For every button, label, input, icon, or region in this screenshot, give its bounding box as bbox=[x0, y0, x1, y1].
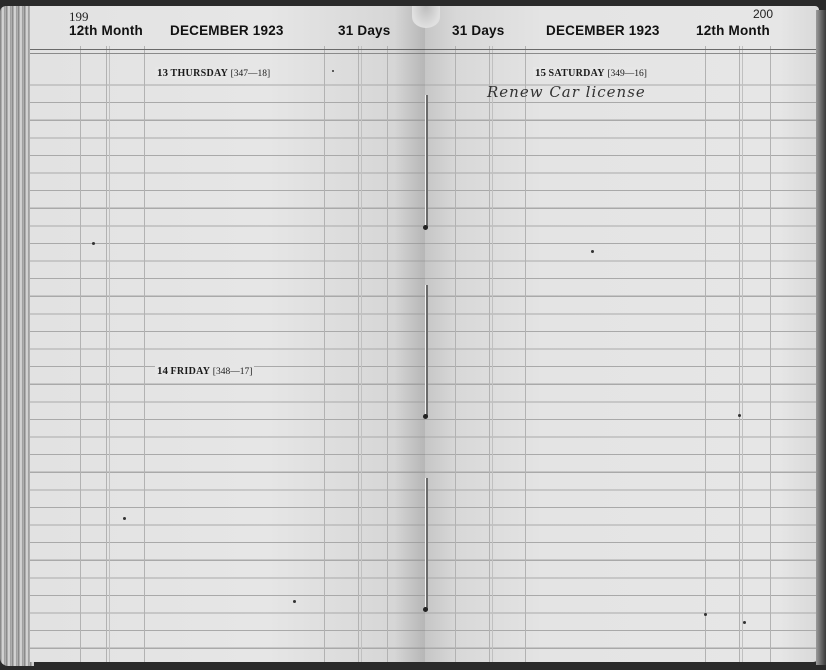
header-rule bbox=[425, 53, 819, 54]
column-rule bbox=[455, 46, 456, 662]
day-heading-saturday: 15 SATURDAY [349—16] bbox=[533, 67, 649, 79]
month-year: DECEMBER 1923 bbox=[546, 23, 660, 38]
days-count: 31 Days bbox=[338, 23, 390, 38]
binding-stitch bbox=[425, 285, 428, 417]
column-rule bbox=[144, 46, 145, 662]
column-rule bbox=[705, 46, 706, 662]
day-heading-friday: 14 FRIDAY [348—17] bbox=[155, 365, 254, 377]
page-header: 199 12th Month DECEMBER 1923 31 Days bbox=[30, 6, 425, 50]
paper-speck bbox=[738, 414, 741, 417]
gutter-shadow bbox=[395, 6, 425, 662]
binding-stitch bbox=[425, 95, 428, 227]
column-rule bbox=[387, 46, 388, 662]
header-rule bbox=[30, 53, 425, 54]
page-header: 200 31 Days DECEMBER 1923 12th Month bbox=[425, 6, 819, 50]
stitch-hole bbox=[423, 607, 428, 612]
stitch-hole bbox=[423, 414, 428, 419]
left-page: 199 12th Month DECEMBER 1923 31 Days 13 … bbox=[30, 6, 425, 662]
handwritten-note: Renew Car license bbox=[487, 83, 646, 101]
paper-speck bbox=[743, 621, 746, 624]
binding-stitch bbox=[425, 478, 428, 610]
column-rule bbox=[80, 46, 81, 662]
paper-speck bbox=[591, 250, 594, 253]
column-rule bbox=[489, 46, 490, 662]
paper-speck bbox=[92, 242, 95, 245]
month-label: 12th Month bbox=[696, 23, 770, 38]
right-page-edge bbox=[816, 10, 826, 665]
page-number: 200 bbox=[753, 7, 773, 21]
paper-speck bbox=[332, 70, 334, 72]
page-edges bbox=[0, 6, 34, 666]
header-rule bbox=[30, 49, 425, 50]
column-rule bbox=[739, 46, 740, 662]
right-page: 200 31 Days DECEMBER 1923 12th Month 15 … bbox=[425, 6, 819, 662]
column-rule bbox=[358, 46, 359, 662]
header-rule bbox=[425, 49, 819, 50]
month-year: DECEMBER 1923 bbox=[170, 23, 284, 38]
ruled-lines bbox=[425, 68, 819, 662]
column-rule bbox=[324, 46, 325, 662]
paper-speck bbox=[123, 517, 126, 520]
column-rule bbox=[525, 46, 526, 662]
paper-speck bbox=[704, 613, 707, 616]
days-count: 31 Days bbox=[452, 23, 504, 38]
column-rule bbox=[106, 46, 107, 662]
month-label: 12th Month bbox=[69, 23, 143, 38]
diary-spread: 199 12th Month DECEMBER 1923 31 Days 13 … bbox=[0, 0, 826, 670]
paper-speck bbox=[293, 600, 296, 603]
day-heading-thursday: 13 THURSDAY [347—18] bbox=[155, 67, 272, 79]
spine-crease bbox=[412, 6, 440, 28]
stitch-hole bbox=[423, 225, 428, 230]
column-rule bbox=[770, 46, 771, 662]
